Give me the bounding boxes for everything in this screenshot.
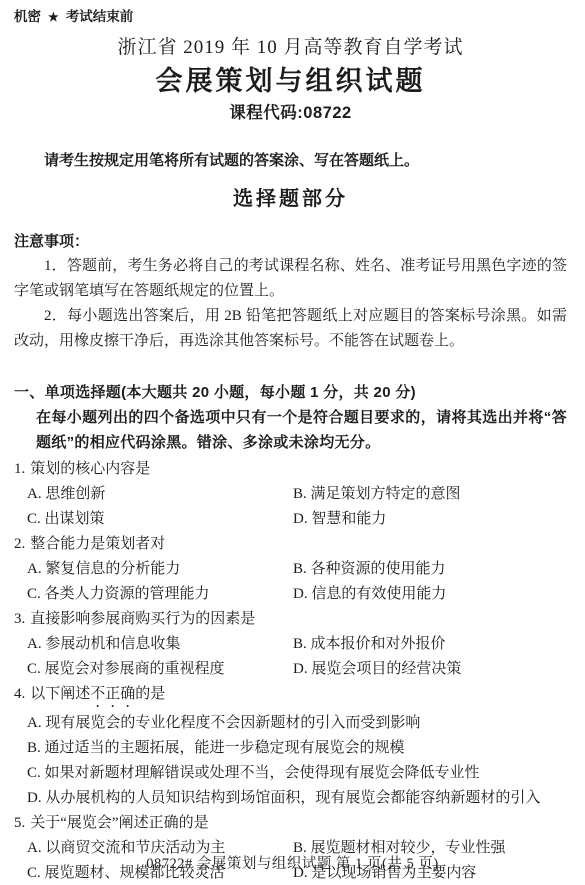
- question-stem-text: 策划的核心内容是: [30, 461, 150, 477]
- option-d: D. 智慧和能力: [293, 507, 567, 532]
- option-a: A. 思维创新: [27, 482, 293, 507]
- question-number: 3.: [14, 611, 25, 627]
- question-stem-text: 以下阐述: [30, 686, 90, 702]
- question-stem-text: 直接影响参展商购买行为的因素是: [30, 611, 255, 627]
- question-stem-text: 的是: [135, 686, 165, 702]
- question-1-stem: 1.策划的核心内容是: [14, 457, 567, 482]
- question-stem-text: 关于“展览会”阐述正确的是: [30, 815, 208, 831]
- option-c: C. 出谋划策: [27, 507, 293, 532]
- course-code: 课程代码:08722: [14, 102, 567, 124]
- option-b: B. 通过适当的主题拓展，能进一步稳定现有展览会的规模: [27, 736, 567, 761]
- question-3: 3.直接影响参展商购买行为的因素是 A. 参展动机和信息收集 B. 成本报价和对…: [14, 607, 567, 682]
- question-4-stem: 4.以下阐述不正确的是: [14, 682, 567, 711]
- choice-section-heading: 一、单项选择题(本大题共 20 小题，每小题 1 分，共 20 分): [14, 380, 567, 405]
- option-d: D. 信息的有效使用能力: [293, 582, 567, 607]
- option-d: D. 从办展机构的人员知识结构到场馆面积，现有展览会都能容纳新题材的引入: [27, 786, 567, 811]
- question-number: 5.: [14, 815, 25, 831]
- section-title: 选择题部分: [14, 186, 567, 213]
- question-2-stem: 2.整合能力是策划者对: [14, 532, 567, 557]
- classification-banner: 机密★考试结束前: [14, 8, 567, 26]
- option-a: A. 现有展览会的专业化程度不会因新题材的引入而受到影响: [27, 711, 567, 736]
- question-4-options: A. 现有展览会的专业化程度不会因新题材的引入而受到影响 B. 通过适当的主题拓…: [14, 711, 567, 811]
- option-a: A. 繁复信息的分析能力: [27, 557, 293, 582]
- option-a: A. 参展动机和信息收集: [27, 632, 293, 657]
- question-4: 4.以下阐述不正确的是 A. 现有展览会的专业化程度不会因新题材的引入而受到影响…: [14, 682, 567, 811]
- note-item-1: 1．答题前，考生务必将自己的考试课程名称、姓名、准考证号用黑色字迹的签字笔或钢笔…: [14, 254, 567, 304]
- question-1: 1.策划的核心内容是 A. 思维创新 B. 满足策划方特定的意图 C. 出谋划策…: [14, 457, 567, 532]
- option-b: B. 成本报价和对外报价: [293, 632, 567, 657]
- question-1-options: A. 思维创新 B. 满足策划方特定的意图 C. 出谋划策 D. 智慧和能力: [14, 482, 567, 532]
- choice-section-requirement: 在每小题列出的四个备选项中只有一个是符合题目要求的，请将其选出并将“答题纸”的相…: [36, 405, 567, 455]
- question-5-stem: 5.关于“展览会”阐述正确的是: [14, 811, 567, 836]
- question-stem-text: 整合能力是策划者对: [30, 536, 165, 552]
- question-number: 1.: [14, 461, 25, 477]
- page-footer: 08722# 会展策划与组织试题 第 1 页(共 5 页): [0, 854, 585, 874]
- question-list: 1.策划的核心内容是 A. 思维创新 B. 满足策划方特定的意图 C. 出谋划策…: [14, 457, 567, 885]
- option-d: D. 展览会项目的经营决策: [293, 657, 567, 682]
- notes-title: 注意事项：: [14, 229, 567, 254]
- question-2: 2.整合能力是策划者对 A. 繁复信息的分析能力 B. 各种资源的使用能力 C.…: [14, 532, 567, 607]
- exam-session-title: 浙江省 2019 年 10 月高等教育自学考试: [14, 35, 567, 61]
- note-item-2: 2．每小题选出答案后，用 2B 铅笔把答题纸上对应题目的答案标号涂黑。如需改动，…: [14, 304, 567, 354]
- paper-title: 会展策划与组织试题: [14, 64, 567, 98]
- question-stem-emphasized-text: 不正确: [90, 686, 135, 702]
- classification-suffix: 考试结束前: [66, 9, 134, 24]
- option-b: B. 满足策划方特定的意图: [293, 482, 567, 507]
- star-icon: ★: [48, 10, 59, 24]
- exam-paper-page: 机密★考试结束前 浙江省 2019 年 10 月高等教育自学考试 会展策划与组织…: [0, 0, 585, 885]
- question-number: 2.: [14, 536, 25, 552]
- option-b: B. 各种资源的使用能力: [293, 557, 567, 582]
- option-c: C. 如果对新题材理解错误或处理不当，会使得现有展览会降低专业性: [27, 761, 567, 786]
- option-c: C. 各类人力资源的管理能力: [27, 582, 293, 607]
- question-number: 4.: [14, 686, 25, 702]
- question-3-stem: 3.直接影响参展商购买行为的因素是: [14, 607, 567, 632]
- question-3-options: A. 参展动机和信息收集 B. 成本报价和对外报价 C. 展览会对参展商的重视程…: [14, 632, 567, 682]
- question-2-options: A. 繁复信息的分析能力 B. 各种资源的使用能力 C. 各类人力资源的管理能力…: [14, 557, 567, 607]
- option-c: C. 展览会对参展商的重视程度: [27, 657, 293, 682]
- classification-prefix: 机密: [14, 9, 41, 24]
- answer-sheet-instruction: 请考生按规定用笔将所有试题的答案涂、写在答题纸上。: [14, 148, 567, 173]
